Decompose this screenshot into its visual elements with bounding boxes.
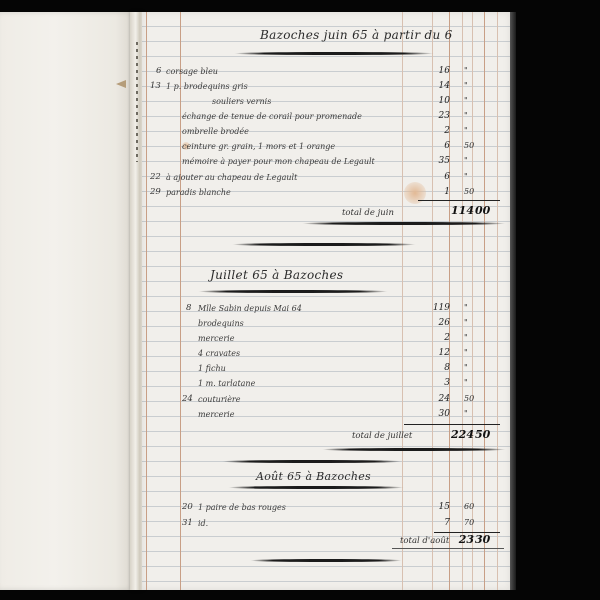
entry-cents: " — [464, 96, 480, 105]
entry-cents: " — [464, 156, 480, 165]
entry-description: couturière — [198, 395, 241, 404]
entry-date: 13 — [150, 81, 161, 91]
entry-description: 1 paire de bas rouges — [198, 503, 286, 512]
entry-amount: 26 — [416, 318, 450, 328]
entry-description: mercerie — [198, 410, 234, 419]
entry-amount: 30 — [416, 409, 450, 419]
entry-amount: 35 — [416, 156, 450, 166]
total-label: total de juin — [342, 208, 394, 218]
entry-cents: 50 — [464, 141, 480, 150]
entry-amount: 2 — [416, 126, 450, 136]
entry-amount: 7 — [416, 518, 450, 528]
section-heading-august: Août 65 à Bazoches — [256, 470, 371, 483]
total-cents: 00 — [475, 204, 490, 217]
left-blank-page — [0, 12, 136, 590]
entry-description: souliers vernis — [212, 97, 271, 106]
entry-amount: 6 — [416, 141, 450, 151]
sum-line — [418, 200, 500, 201]
entry-cents: 50 — [464, 187, 480, 196]
entry-amount: 6 — [416, 172, 450, 182]
entry-description: 4 cravates — [198, 349, 240, 358]
section-heading-june: Bazoches juin 65 à partir du 6 — [260, 28, 453, 42]
sum-line — [404, 424, 500, 425]
entry-amount: 15 — [416, 502, 450, 512]
entry-description: paradis blanche — [166, 188, 231, 197]
ledger-page: Bazoches juin 65 à partir du 6 6 corsage… — [142, 12, 510, 590]
entry-date: 8 — [186, 303, 191, 313]
heading-underline — [228, 486, 404, 489]
ledger-content: Bazoches juin 65 à partir du 6 6 corsage… — [142, 12, 510, 590]
total-amount: 114 — [440, 204, 474, 217]
entry-amount: 8 — [416, 363, 450, 373]
entry-date: 22 — [150, 172, 161, 182]
entry-description: échange de tenue de corail pour promenad… — [182, 112, 362, 121]
entry-date: 20 — [182, 502, 193, 512]
section-heading-july: Juillet 65 à Bazoches — [210, 268, 343, 282]
entry-cents: 50 — [464, 394, 480, 403]
entry-description: ceinture gr. grain, 1 mors et 1 orange — [182, 142, 335, 151]
entry-cents: 70 — [464, 518, 480, 527]
entry-cents: " — [464, 318, 480, 327]
photo-background: Bazoches juin 65 à partir du 6 6 corsage… — [0, 0, 600, 600]
entry-amount: 14 — [416, 81, 450, 91]
total-amount: 23 — [430, 533, 474, 546]
book-cover-edge — [510, 12, 516, 590]
entry-amount: 16 — [416, 66, 450, 76]
total-amount: 224 — [430, 428, 474, 441]
entry-cents: " — [464, 409, 480, 418]
entry-description: mémoire à payer pour mon chapeau de Lega… — [182, 157, 375, 166]
entry-amount: 12 — [416, 348, 450, 358]
entry-cents: " — [464, 378, 480, 387]
entry-cents: " — [464, 348, 480, 357]
section-separator — [250, 559, 402, 562]
total-underline — [322, 448, 506, 451]
entry-amount: 1 — [416, 187, 450, 197]
total-underline — [302, 222, 506, 225]
entry-cents: " — [464, 126, 480, 135]
entry-amount: 23 — [416, 111, 450, 121]
total-label: total de juillet — [352, 431, 412, 441]
entry-amount: 2 — [416, 333, 450, 343]
entry-cents: " — [464, 81, 480, 90]
entry-amount: 119 — [416, 303, 450, 313]
paper-tear — [116, 80, 126, 88]
entry-description: corsage bleu — [166, 67, 218, 76]
entry-description: 1 fichu — [198, 364, 226, 373]
entry-amount: 24 — [416, 394, 450, 404]
total-underline — [392, 548, 504, 549]
entry-amount: 10 — [416, 96, 450, 106]
section-separator — [222, 460, 402, 463]
heading-underline — [198, 290, 388, 293]
entry-cents: " — [464, 66, 480, 75]
entry-cents: " — [464, 172, 480, 181]
entry-cents: " — [464, 111, 480, 120]
entry-description: Mlle Sabin depuis Mai 64 — [198, 304, 302, 313]
entry-date: 31 — [182, 518, 193, 528]
entry-description: id. — [198, 519, 208, 528]
entry-amount: 3 — [416, 378, 450, 388]
entry-cents: " — [464, 303, 480, 312]
entry-description: ombrelle brodée — [182, 127, 249, 136]
entry-cents: " — [464, 363, 480, 372]
entry-cents: " — [464, 333, 480, 342]
entry-description: brodequins — [198, 319, 244, 328]
total-cents: 50 — [475, 428, 490, 441]
binding-thread — [136, 42, 138, 162]
entry-description: mercerie — [198, 334, 234, 343]
entry-cents: 60 — [464, 502, 480, 511]
entry-description: à ajouter au chapeau de Legault — [166, 173, 297, 182]
entry-date: 6 — [156, 66, 161, 76]
entry-description: 1 p. brodequins gris — [166, 82, 248, 91]
entry-description: 1 m. tarlatane — [198, 379, 255, 388]
entry-date: 24 — [182, 394, 193, 404]
entry-date: 29 — [150, 187, 161, 197]
total-cents: 30 — [475, 533, 490, 546]
heading-underline — [234, 52, 434, 55]
section-separator — [232, 243, 416, 246]
